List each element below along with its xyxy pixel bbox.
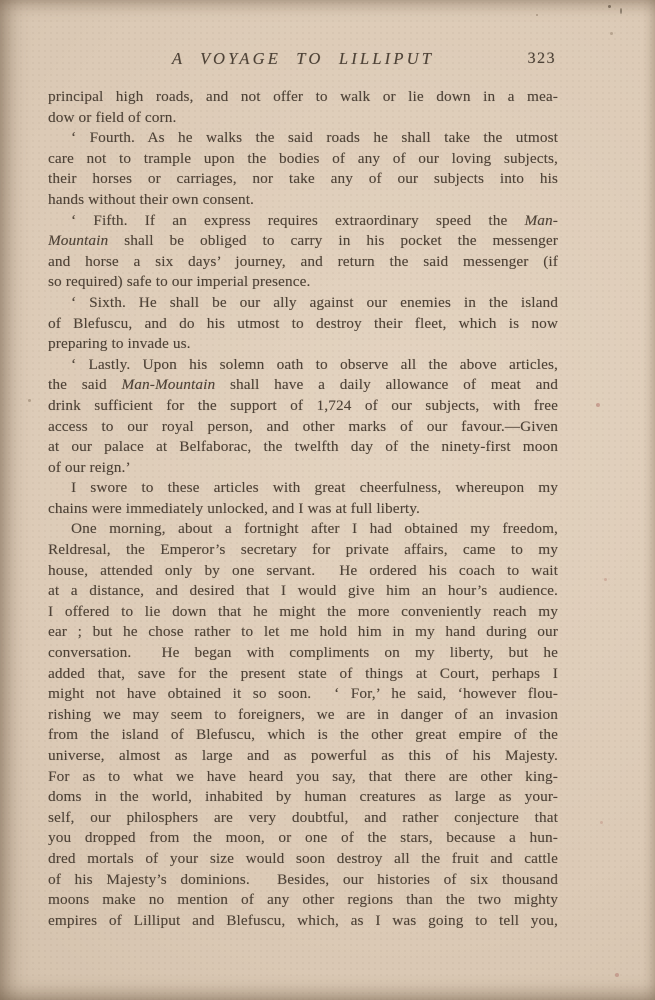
text-line: from the island of Blefuscu, which is th… bbox=[48, 725, 558, 746]
text-line: at a distance, and desired that I would … bbox=[48, 581, 558, 602]
paper-speck bbox=[608, 5, 611, 8]
text-line: For as to what we have heard you say, th… bbox=[48, 767, 558, 788]
paper-speck bbox=[620, 8, 622, 14]
text-line: drink sufficient for the support of 1,72… bbox=[48, 396, 558, 417]
text-line: at our palace at Belfaborac, the twelfth… bbox=[48, 437, 558, 458]
text-line: One morning, about a fortnight after I h… bbox=[48, 519, 558, 540]
text-line: dow or field of corn. bbox=[48, 108, 558, 129]
text-line: of our reign.’ bbox=[48, 458, 558, 479]
text-line: self, our philosphers are very doubtful,… bbox=[48, 808, 558, 829]
text-line: rishing we may seem to foreigners, we ar… bbox=[48, 705, 558, 726]
text-line: dred mortals of your size would soon des… bbox=[48, 849, 558, 870]
text-line: Mountain shall be obliged to carry in hi… bbox=[48, 231, 558, 252]
text-line: preparing to invade us. bbox=[48, 334, 558, 355]
text-line: their horses or carriages, nor take any … bbox=[48, 169, 558, 190]
text-line: ‘ Sixth. He shall be our ally against ou… bbox=[48, 293, 558, 314]
text-line: you dropped from the moon, or one of the… bbox=[48, 828, 558, 849]
page-title: A VOYAGE TO LILLIPUT bbox=[48, 49, 558, 69]
paper-speck bbox=[596, 403, 600, 407]
paper-speck bbox=[536, 14, 538, 16]
text-line: care not to trample upon the bodies of a… bbox=[48, 149, 558, 170]
paper-speck bbox=[604, 578, 607, 581]
running-head: A VOYAGE TO LILLIPUT 323 bbox=[48, 49, 558, 71]
page-number: 323 bbox=[528, 50, 557, 68]
paper-speck bbox=[615, 973, 619, 977]
text-line: Reldresal, the Emperor’s secretary for p… bbox=[48, 540, 558, 561]
text-line: ‘ Lastly. Upon his solemn oath to observ… bbox=[48, 355, 558, 376]
text-line: house, attended only by one servant. He … bbox=[48, 561, 558, 582]
text-line: so required) safe to our imperial presen… bbox=[48, 272, 558, 293]
text-line: and horse a six days’ journey, and retur… bbox=[48, 252, 558, 273]
text-line: universe, almost as large and as powerfu… bbox=[48, 746, 558, 767]
text-line: conversation. He began with compliments … bbox=[48, 643, 558, 664]
text-line: chains were immediately unlocked, and I … bbox=[48, 499, 558, 520]
text-line: empires of Lilliput and Blefuscu, which,… bbox=[48, 911, 558, 932]
text-line: of Blefuscu, and do his utmost to destro… bbox=[48, 314, 558, 335]
book-page: A VOYAGE TO LILLIPUT 323 principal high … bbox=[0, 0, 655, 1000]
text-line: might not have obtained it so soon. ‘ Fo… bbox=[48, 684, 558, 705]
text-line: doms in the world, inhabited by human cr… bbox=[48, 787, 558, 808]
text-line: access to our royal person, and other ma… bbox=[48, 417, 558, 438]
text-line: moons make no mention of any other regio… bbox=[48, 890, 558, 911]
paper-speck bbox=[600, 821, 603, 824]
text-line: ear ; but he chose rather to let me hold… bbox=[48, 622, 558, 643]
text-line: ‘ Fourth. As he walks the said roads he … bbox=[48, 128, 558, 149]
text-line: ‘ Fifth. If an express requires extraord… bbox=[48, 211, 558, 232]
text-line: of his Majesty’s dominions. Besides, our… bbox=[48, 870, 558, 891]
paper-speck bbox=[610, 32, 613, 35]
text-line: added that, save for the present state o… bbox=[48, 664, 558, 685]
paper-speck bbox=[28, 399, 31, 402]
text-line: hands without their own consent. bbox=[48, 190, 558, 211]
text-line: I offered to lie down that he might the … bbox=[48, 602, 558, 623]
text-block: principal high roads, and not offer to w… bbox=[48, 87, 558, 931]
text-line: I swore to these articles with great che… bbox=[48, 478, 558, 499]
text-line: principal high roads, and not offer to w… bbox=[48, 87, 558, 108]
text-line: the said Man-Mountain shall have a daily… bbox=[48, 375, 558, 396]
